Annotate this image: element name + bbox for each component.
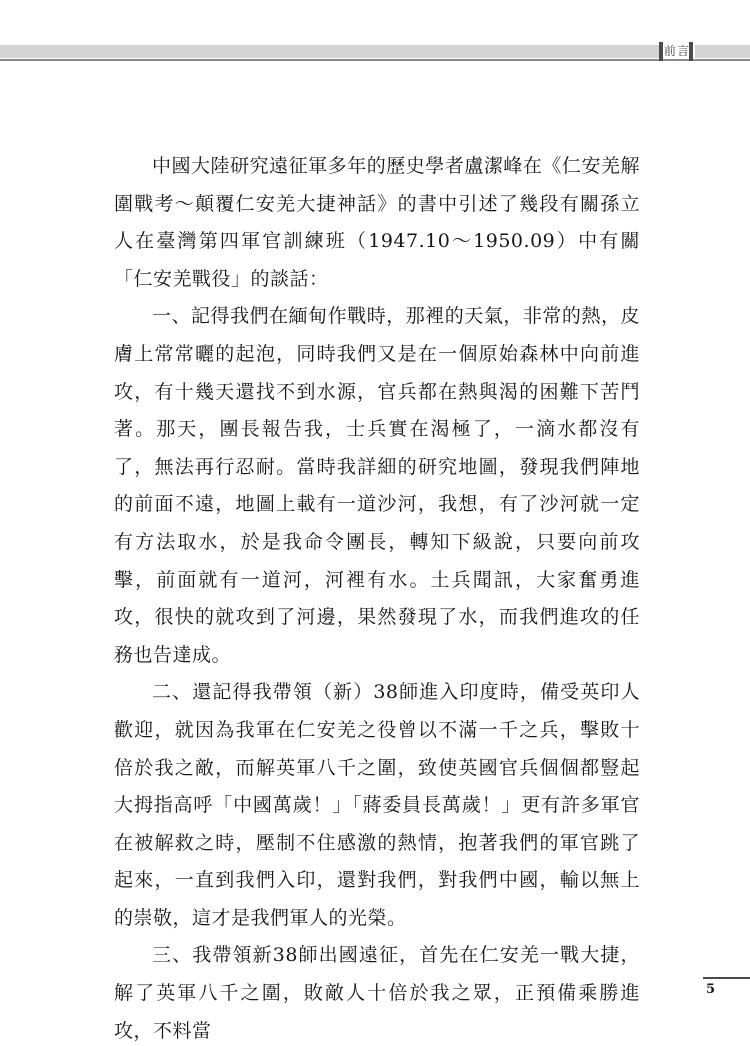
header-rule	[0, 59, 750, 61]
folio: 5	[703, 977, 750, 997]
body-paragraph-two: 二、還記得我帶領（新）38師進入印度時，備受英印人歡迎，就因為我軍在仁安羌之役曾…	[114, 674, 640, 937]
book-page: 前言 中國大陸研究遠征軍多年的歷史學者盧潔峰在《仁安羌解圍戰考～顛覆仁安羌大捷神…	[0, 0, 750, 1046]
running-head: 前言	[0, 42, 750, 64]
header-band-left	[0, 45, 659, 58]
body-paragraph-intro: 中國大陸研究遠征軍多年的歷史學者盧潔峰在《仁安羌解圍戰考～顛覆仁安羌大捷神話》的…	[114, 148, 640, 298]
folio-rule	[703, 977, 750, 979]
header-divider-left	[659, 42, 663, 61]
body-paragraph-one: 一、記得我們在緬甸作戰時，那裡的天氣，非常的熱，皮膚上常常曬的起泡，同時我們又是…	[114, 298, 640, 674]
section-label: 前言	[664, 44, 689, 58]
body-paragraph-three: 三、我帶領新38師出國遠征，首先在仁安羌一戰大捷，解了英軍八千之圍，敗敵人十倍於…	[114, 937, 640, 1046]
header-band-right	[695, 45, 750, 58]
page-number: 5	[706, 982, 750, 997]
body-text: 中國大陸研究遠征軍多年的歷史學者盧潔峰在《仁安羌解圍戰考～顛覆仁安羌大捷神話》的…	[114, 148, 640, 1046]
